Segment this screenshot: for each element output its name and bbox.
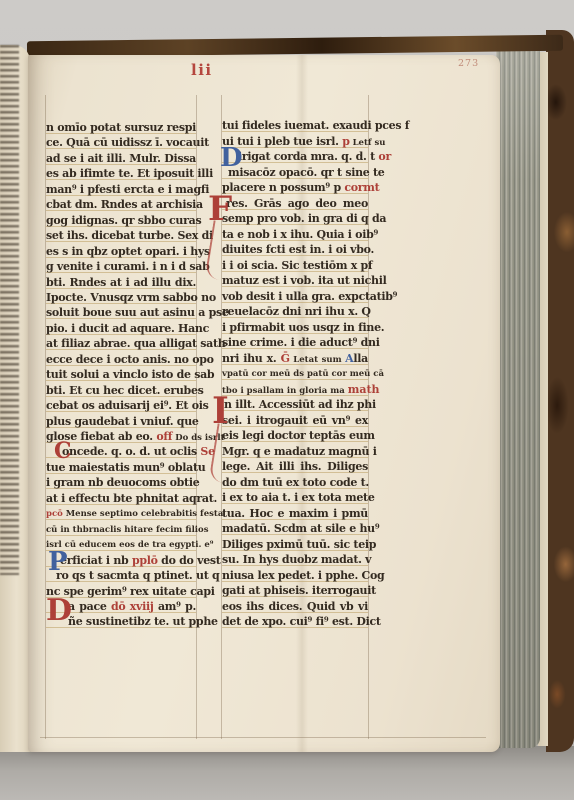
text-line: niusa lex pedet. i pphe. Cog (222, 569, 368, 584)
text-segment: at filiaz abrae. qua alligat sath (46, 337, 225, 350)
text-segment: man⁹ i pfesti ercta e i magfi (46, 183, 209, 196)
text-segment: det de xpo. cui⁹ fi⁹ est. Dict (222, 615, 381, 628)
text-segment: i gram nb deuocoms obtie (46, 476, 199, 489)
leather-cover-right (546, 30, 574, 752)
text-line: es s in qbz optet opari. i hys (46, 245, 196, 260)
text-line: soluit boue suu aut asinu a pse (46, 306, 196, 321)
text-line: i ex to aia t. i ex tota mete (222, 491, 368, 506)
text-segment: tuit solui a vinclo isto de sab (46, 368, 214, 381)
text-line: Ipocte. Vnusqz vrm sabbo no (46, 291, 196, 306)
text-segment: gati at phiseis. iterrogauit (222, 584, 376, 597)
text-segment: Letat sum (290, 355, 345, 365)
text-line: cbat dm. Rndes at archisia (46, 198, 196, 213)
text-line: n illt. Accessiūt ad ihz phi (222, 398, 368, 413)
drop-cap-initial: D (46, 597, 72, 624)
text-line: g venite i curami. i n i d sab (46, 260, 196, 275)
text-line: ce. Quā cū uidissz ī. vocauit (46, 136, 196, 151)
text-segment: sine crime. i die aduct⁹ dni (222, 336, 380, 349)
text-segment: niusa lex pedet. i pphe. Cog (222, 569, 384, 582)
text-line: irigat corda mra. q. d. t or (222, 150, 368, 165)
text-segment: ro qs t sacmta q ptinet. ut q (56, 569, 219, 582)
text-line: eos ihs dices. Quid vb vi (222, 600, 368, 615)
text-line: Mgr. q e madatuz magnū i (222, 445, 368, 460)
text-segment: sei. i itrogauit eū vn⁹ ex (222, 414, 368, 427)
text-segment: res. Grās ago deo meo (226, 197, 368, 210)
text-segment: off (156, 430, 172, 443)
text-line: do dm tuū ex toto code t. (222, 476, 368, 491)
text-segment: plus gaudebat i vniuf. que (46, 415, 199, 428)
text-line: lege. Ait illi ihs. Diliges (222, 460, 368, 475)
cast-shadow (0, 746, 574, 800)
folio-number: 273 (458, 58, 479, 69)
text-segment: Diliges pximū tuū. sic teip (222, 538, 376, 551)
text-segment: set ihs. dicebat turbe. Sex di (46, 229, 213, 242)
text-segment: reuelacōz dni nri ihu x. Q (222, 305, 371, 318)
text-line: semp pro vob. in gra di q da (222, 212, 368, 227)
text-line: sei. i itrogauit eū vn⁹ ex (222, 414, 368, 429)
text-line: es ab ifimte te. Et iposuit illi (46, 167, 196, 182)
text-line: res. Grās ago deo meo (222, 197, 368, 212)
leather-cover-top-edge (27, 35, 563, 58)
text-segment: tua. Hoc e maxim i pmū (222, 507, 368, 520)
text-segment: soluit boue suu aut asinu a pse (46, 306, 229, 319)
text-segment: matuz est i vob. ita ut nichil (222, 274, 386, 287)
text-line: sine crime. i die aduct⁹ dni (222, 336, 368, 351)
text-segment: diuites fcti est in. i oi vbo. (222, 243, 374, 256)
text-line: n omīo potat sursuz respi (46, 121, 196, 136)
text-line: ui tui i pleb tue isrl. p Letf su (222, 135, 368, 150)
text-line: bti. Et cu hec dicet. erubes (46, 384, 196, 399)
text-segment: am⁹ p. (154, 600, 196, 613)
text-line: ta e nob i x ihu. Quia i oib⁹ (222, 228, 368, 243)
text-line: at filiaz abrae. qua alligat sath (46, 337, 196, 352)
text-segment: a pace (68, 600, 111, 613)
text-segment: nri ihu x. (222, 352, 281, 365)
text-segment: cbat dm. Rndes at archisia (46, 198, 203, 211)
text-segment: oncede. q. o. d. ut oclis (62, 445, 200, 458)
drop-cap-initial: I (212, 395, 229, 427)
text-line: tua. Hoc e maxim i pmū (222, 507, 368, 522)
text-line: tbo i psallam in gloria ma math (222, 383, 368, 398)
quire-heading: lii (191, 61, 213, 79)
text-line: madatū. Scdm at sile e hu⁹ (222, 522, 368, 537)
text-line: erficiat i nb pplō do do vest (46, 554, 196, 569)
text-segment: lege. Ait illi ihs. Diliges (222, 460, 368, 473)
text-segment: math (348, 383, 380, 396)
text-line: Diliges pximū tuū. sic teip (222, 538, 368, 553)
text-segment: Letf su (350, 138, 386, 148)
text-line: i i oi scia. Sic testiōm x pf (222, 259, 368, 274)
text-line: nri ihu x. Ḡ Letat sum Alla (222, 352, 368, 367)
text-segment: ta e nob i x ihu. Quia i oib⁹ (222, 228, 378, 241)
text-line: isrl cū educem eos de tra egypti. e⁹ (46, 538, 196, 553)
text-line: placere n possum⁹ p cormt (222, 181, 368, 196)
text-segment: bti. Rndes at i ad illu dix. (46, 276, 196, 289)
text-segment: vob desit i ulla gra. expctatib⁹ (222, 290, 397, 303)
drop-cap-initial: D (220, 147, 243, 170)
text-segment: ad se i ait illi. Mulr. Dissa (46, 152, 196, 165)
text-segment: Ipocte. Vnusqz vrm sabbo no (46, 291, 216, 304)
text-segment: p (342, 135, 349, 148)
text-line: gog idignas. qr sbbo curas (46, 214, 196, 229)
text-line: gati at phiseis. iterrogauit (222, 584, 368, 599)
text-segment: placere n possum⁹ p (222, 181, 344, 194)
text-line: matuz est i vob. ita ut nichil (222, 274, 368, 289)
text-segment: erficiat i nb (60, 554, 132, 567)
text-segment: Mense septimo celebrabitis festa (63, 509, 224, 519)
text-segment: ce. Quā cū uidissz ī. vocauit (46, 136, 209, 149)
text-line: tui fideles iuemat. exaudi pces f (222, 119, 368, 134)
text-segment: or (378, 150, 391, 163)
text-segment: su. In hys duobz madat. v (222, 553, 371, 566)
text-line: ecce dece i octo anis. no opo (46, 353, 196, 368)
facing-page-text-blur (0, 45, 19, 575)
text-line: ro qs t sacmta q ptinet. ut q (46, 569, 196, 584)
text-segment: cū in thbrnaclis hitare fecim filios (46, 525, 208, 535)
text-segment: n illt. Accessiūt ad ihz phi (224, 398, 376, 411)
text-segment: pplō (132, 554, 158, 567)
drop-cap-initial: P (48, 551, 68, 574)
text-segment: ñe sustinetibz te. ut pphe (68, 615, 218, 628)
text-line: reuelacōz dni nri ihu x. Q (222, 305, 368, 320)
text-line: misacōz opacō. qr t sine te (222, 166, 368, 181)
text-segment: g venite i curami. i n i d sab (46, 260, 209, 273)
text-segment: semp pro vob. in gra di q da (222, 212, 386, 225)
text-line: su. In hys duobz madat. v (222, 553, 368, 568)
text-segment: tbo i psallam in gloria ma (222, 386, 348, 396)
text-line: pio. i ducit ad aquare. Hanc (46, 322, 196, 337)
text-segment: isrl cū educem eos de tra egypti. e⁹ (46, 540, 214, 550)
text-segment: n omīo potat sursuz respi (46, 121, 196, 134)
text-segment: i ex to aia t. i ex tota mete (222, 491, 375, 504)
text-line: tuit solui a vinclo isto de sab (46, 368, 196, 383)
text-segment: tui fideles iuemat. exaudi pces f (222, 119, 409, 132)
text-line: pcō Mense septimo celebrabitis festa (46, 507, 196, 522)
text-segment: do dm tuū ex toto code t. (222, 476, 369, 489)
text-segment: lla (353, 352, 368, 365)
page-stack-fore-edge (496, 40, 540, 748)
text-segment: bti. Et cu hec dicet. erubes (46, 384, 204, 397)
text-line: eis legi doctor teptās eum (222, 429, 368, 444)
text-line: vob desit i ulla gra. expctatib⁹ (222, 290, 368, 305)
text-segment: eis legi doctor teptās eum (222, 429, 375, 442)
text-line: vpatū cor meū ds patū cor meū cā (222, 367, 368, 382)
text-line: det de xpo. cui⁹ fi⁹ est. Dict (222, 615, 368, 630)
text-segment: do do vest (158, 554, 221, 567)
text-segment: dō xviij (111, 600, 154, 613)
text-segment: eos ihs dices. Quid vb vi (222, 600, 368, 613)
manuscript-page: lii 273 n omīo potat sursuz respice. Quā… (28, 55, 500, 752)
text-segment: vpatū cor meū ds patū cor meū cā (222, 369, 384, 379)
text-segment: ecce dece i octo anis. no opo (46, 353, 214, 366)
drop-cap-initial: F (208, 194, 232, 225)
text-line: i pfirmabit uos usqz in fine. (222, 321, 368, 336)
text-line: diuites fcti est in. i oi vbo. (222, 243, 368, 258)
text-segment: i i oi scia. Sic testiōm x pf (222, 259, 372, 272)
text-segment: gog idignas. qr sbbo curas (46, 214, 201, 227)
photo-background: lii 273 n omīo potat sursuz respice. Quā… (0, 0, 574, 800)
text-segment: pcō (46, 509, 63, 519)
text-segment: Ḡ (281, 352, 290, 365)
text-segment: irigat corda mra. q. d. t (238, 150, 378, 163)
text-line: plus gaudebat i vniuf. que (46, 415, 196, 430)
text-segment: pio. i ducit ad aquare. Hanc (46, 322, 209, 335)
text-line: i gram nb deuocoms obtie (46, 476, 196, 491)
text-segment: cebat os aduisarij ei⁹. Et ois (46, 399, 209, 412)
text-line: man⁹ i pfesti ercta e i magfi (46, 183, 196, 198)
baseline-ruling-line (40, 737, 486, 738)
text-segment: es ab ifimte te. Et iposuit illi (46, 167, 213, 180)
text-segment: es s in qbz optet opari. i hys (46, 245, 210, 258)
text-segment: Mgr. q e madatuz magnū i (222, 445, 377, 458)
text-segment: i pfirmabit uos usqz in fine. (222, 321, 384, 334)
text-segment: cormt (344, 181, 379, 194)
text-segment: at i effectu bte phnitat aqrat. (46, 492, 217, 505)
text-segment: madatū. Scdm at sile e hu⁹ (222, 522, 379, 535)
drop-cap-initial: C (54, 442, 72, 462)
text-line: bti. Rndes at i ad illu dix. (46, 276, 196, 291)
text-line: at i effectu bte phnitat aqrat. (46, 492, 196, 507)
text-line: cebat os aduisarij ei⁹. Et ois (46, 399, 196, 414)
text-segment: misacōz opacō. qr t sine te (228, 166, 385, 179)
text-line: cū in thbrnaclis hitare fecim filios (46, 523, 196, 538)
text-line: ad se i ait illi. Mulr. Dissa (46, 152, 196, 167)
text-line: set ihs. dicebat turbe. Sex di (46, 229, 196, 244)
